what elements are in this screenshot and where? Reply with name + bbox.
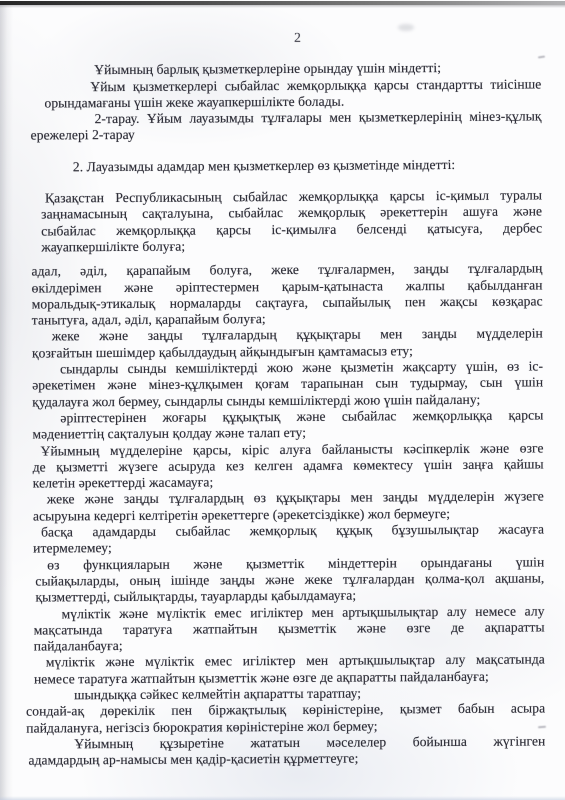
- text-line: жеке және заңды тұлғалардың өз құқықтары…: [33, 489, 544, 508]
- paragraph: Ұйым қызметкерлері сыбайлас жемқорлыққа …: [44, 76, 541, 112]
- text-line: моральдық-этикалық нормаларды сақтауға, …: [32, 293, 543, 312]
- paragraphs: Ұйымның барлық қызметкерлеріне орындау ү…: [30, 60, 545, 769]
- paragraph: өз функцияларын және қызметтік міндеттер…: [35, 554, 544, 606]
- text-line: де қызметті жүзеге асыруда кез келген ад…: [33, 456, 544, 475]
- paragraph: басқа адамдарды сыбайлас жемқорлық құқық…: [33, 521, 544, 557]
- paragraph: 2-тарау. Ұйым лауазымды тұлғалары мен қы…: [30, 109, 541, 145]
- paragraph: Ұйымның құзыретіне жататын мәселелер бой…: [28, 733, 545, 769]
- text-line: Ұйым қызметкерлері сыбайлас жемқорлыққа …: [44, 76, 541, 95]
- paragraph: сындарлы сынды кемшіліктерді жою және қы…: [32, 358, 543, 410]
- paragraph: Ұйымның мүдделеріне қарсы, кіріс алуға б…: [33, 440, 544, 492]
- text-line: Ұйымның құзыретіне жататын мәселелер бой…: [28, 733, 545, 752]
- text-line: мақсатында таратуға жатпайтын қызметтік …: [34, 619, 545, 638]
- text-line: адамдардың ар-намысы мен қадір-қасиетін …: [28, 750, 545, 769]
- page-number: 2: [30, 28, 541, 47]
- paragraph: әріптестерінен жоғары құқықтық және сыба…: [32, 407, 543, 443]
- document-page: 2 Ұйымның барлық қызметкерлеріне орындау…: [0, 0, 565, 800]
- paragraph: жеке және заңды тұлғалардың құқықтары ме…: [32, 326, 543, 362]
- paragraph: сондай-ақ дөрекілік пен біржақтылық көрі…: [26, 701, 545, 737]
- scan-top-shadow: [0, 5, 565, 8]
- text-line: сыйақыларды, оның ішінде заңды және жеке…: [35, 570, 544, 589]
- page-content: 2 Ұйымның барлық қызметкерлеріне орындау…: [0, 28, 565, 769]
- scan-bottom-edge: [0, 796, 565, 800]
- text-line: жауапкершілікте болуға;: [41, 236, 542, 255]
- paragraph: адал, әділ, қарапайым болуға, жеке тұлға…: [31, 261, 542, 329]
- text-line: әріптестерінен жоғары құқықтық және сыба…: [32, 407, 543, 426]
- paragraph: жеке және заңды тұлғалардың өз құқықтары…: [33, 489, 544, 525]
- text-line: сыбайлас жемқорлыққа қарсы іс-қимылға бе…: [41, 220, 542, 239]
- text-line: жеке және заңды тұлғалардың құқықтары ме…: [32, 326, 543, 345]
- text-line: сондай-ақ дөрекілік пен біржақтылық көрі…: [26, 701, 545, 720]
- text-line: немесе таратуға жатпайтын қызметтік және…: [34, 668, 545, 687]
- paragraph: мүліктік және мүліктік емес игіліктер ме…: [34, 603, 545, 655]
- paragraph: 2. Лауазымды адамдар мен қызметкерлер өз…: [31, 156, 542, 175]
- text-line: 2. Лауазымды адамдар мен қызметкерлер өз…: [31, 156, 542, 175]
- paragraph: мүліктік және мүліктік емес игіліктер ме…: [34, 652, 545, 688]
- paragraph: Қазақстан Республикасының сыбайлас жемқо…: [41, 187, 542, 255]
- text-line: ережелері 2-тарау: [31, 125, 542, 144]
